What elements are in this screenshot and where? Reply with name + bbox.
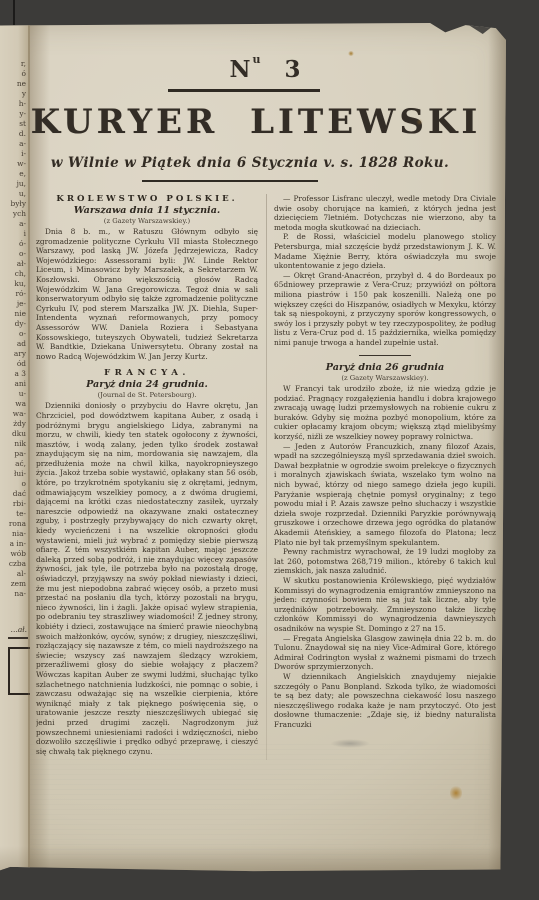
adjacent-page-text-fragment: ne	[0, 79, 26, 89]
adjacent-page-text-fragment: a-	[0, 139, 26, 149]
adjacent-page-text-fragment: st	[0, 119, 26, 129]
article-paragraph: W Francyi tak urodziło zboże, iż nie wie…	[274, 384, 496, 442]
article-paragraph: Dnia 8 b. m., w Ratuszu Głównym odbyło s…	[36, 227, 258, 361]
adjacent-page-text-fragment: u-	[0, 389, 26, 399]
adjacent-page-text-fragment: r,	[0, 59, 26, 69]
adjacent-page-text-fragment: ód	[0, 359, 26, 369]
adjacent-page-text-fragment: o-	[0, 329, 26, 339]
adjacent-page-text-fragment: h-	[0, 99, 26, 109]
article-paragraph: — Fregata Angielska Glasgow zawinęła dni…	[274, 634, 496, 672]
section-source-warszawa: (z Gazety Warszawskiey.)	[36, 217, 258, 225]
adjacent-page-text-fragment: wa	[0, 399, 26, 409]
section-dateline-warszawa: Warszawa dnia 11 stycznia.	[36, 205, 258, 216]
adjacent-page-text-fragment: a in-	[0, 539, 26, 549]
article-paragraph: — Jeden z Autorów Francuzkich, znany fil…	[274, 442, 496, 548]
adjacent-page-text-fragment: ał-	[0, 259, 26, 269]
section-separator-rule	[359, 355, 411, 357]
article-paragraph: Dzienniki doniosły o przybyciu do Havre …	[36, 401, 258, 756]
adjacent-page-text-fragment: łui-	[0, 469, 26, 479]
adjacent-page-text-fragment: ych	[0, 209, 26, 219]
section-heading-poland: KRÓLEWSTWO POLSKIE.	[36, 194, 258, 204]
newspaper-title: KURYER LITEWSKI	[26, 102, 486, 142]
adjacent-page-text-fragment: ó	[0, 69, 26, 79]
adjacent-page-text-fragment: nia-	[0, 529, 26, 539]
adjacent-page-text-fragment: je-	[0, 299, 26, 309]
adjacent-page-text-fragment: ać,	[0, 459, 26, 469]
adjacent-page-rule-fragment	[8, 637, 28, 639]
adjacent-page-text-fragment: wób	[0, 549, 26, 559]
issue-number: Nu 3	[36, 53, 496, 83]
adjacent-page-text-fragment: te-	[0, 509, 26, 519]
adjacent-page-text-fragment: u,	[0, 189, 26, 199]
section-dateline-paris-24: Paryż dnia 24 grudnia.	[36, 379, 258, 390]
printed-area: Nu 3 KURYER LITEWSKI w Wilnie w Piątek d…	[36, 23, 496, 872]
adjacent-page-text-fragment: żdy	[0, 419, 26, 429]
right-column: — Professor Lisfranc uleczył, wedle meto…	[272, 194, 496, 784]
issue-digit: 3	[285, 56, 303, 83]
adjacent-page-text-fragment: pa-	[0, 449, 26, 459]
article-paragraph: P. de Rossi, właściciel modelu planowego…	[274, 232, 496, 270]
adjacent-page-text-fragment: były	[0, 199, 26, 209]
adjacent-page-text-fragment: y-	[0, 109, 26, 119]
adjacent-page-text-fragment: ju,	[0, 179, 26, 189]
adjacent-page-text-fragment: dać	[0, 489, 26, 499]
article-paragraph: — Professor Lisfranc uleczył, wedle meto…	[274, 194, 496, 232]
adjacent-page-text-fragment: o-	[0, 249, 26, 259]
adjacent-page-text-fragment: ch,	[0, 269, 26, 279]
adjacent-page-text-fragment: a 3	[0, 369, 26, 379]
adjacent-page-text-fragment: zem	[0, 579, 26, 589]
adjacent-page-text-fragment: nie	[0, 309, 26, 319]
adjacent-page-text-fragment: o	[0, 479, 26, 489]
issue-prefix: N	[229, 56, 252, 83]
article-paragraph: Pewny rachmistrz wyrachował, że 19 ludzi…	[274, 547, 496, 576]
adjacent-page-frame-fragment	[8, 647, 30, 695]
section-heading-france: FRANCYA.	[36, 368, 258, 378]
adjacent-page-text-fragment: nik	[0, 439, 26, 449]
adjacent-page-text-fragment: ó-	[0, 239, 26, 249]
masthead-dateline: w Wilnie w Piątek dnia 6 Stycznia v. s. …	[20, 155, 480, 171]
adjacent-page-text-fragment: rona	[0, 519, 26, 529]
section-source-paris-26: (z Gazety Warszawskiey).	[274, 374, 496, 382]
adjacent-page-text-fragment: rbi-	[0, 499, 26, 509]
adjacent-page-text-fragment: ani	[0, 379, 26, 389]
adjacent-page-text-fragment: ad	[0, 339, 26, 349]
adjacent-page-italic-fragment: …ał.	[0, 625, 27, 634]
adjacent-page-text-fragment: ku,	[0, 279, 26, 289]
adjacent-page-text-fragment: ró-	[0, 289, 26, 299]
adjacent-page-text-fragment: y	[0, 89, 26, 99]
adjacent-page-text-fragment: a-	[0, 219, 26, 229]
section-source-paris-24: (Journal de St. Petersbourg).	[36, 391, 258, 399]
left-column: KRÓLEWSTWO POLSKIE. Warszawa dnia 11 sty…	[36, 194, 260, 784]
article-paragraph: W skutku postanowienia Królewskiego, pię…	[274, 576, 496, 634]
adjacent-page-text-fragment: d.	[0, 129, 26, 139]
adjacent-page-text-fragment: dy-	[0, 319, 26, 329]
adjacent-page-text-fragment: na-	[0, 589, 26, 599]
adjacent-page-text-fragment: wa-	[0, 409, 26, 419]
adjacent-page-text-fragment: czba	[0, 559, 26, 569]
two-column-text: KRÓLEWSTWO POLSKIE. Warszawa dnia 11 sty…	[36, 194, 496, 784]
article-paragraph: W dziennikach Angielskich znaydujemy nie…	[274, 672, 496, 730]
news-items: — Professor Lisfranc uleczył, wedle meto…	[274, 194, 496, 348]
rule-under-dateline	[142, 180, 318, 182]
adjacent-page-text-fragment: al-	[0, 569, 26, 579]
adjacent-page-strip: r,óneyh-y-std.a-i-w-e,ju,u,byłyycha-ió-o…	[0, 23, 30, 872]
masthead: Nu 3 KURYER LITEWSKI w Wilnie w Piątek d…	[36, 23, 496, 182]
adjacent-page-text-fragment: dku	[0, 429, 26, 439]
binding-gutter-line	[13, 0, 15, 25]
article-paragraph: — Okręt Grand-Anacréon, przybył d. 4 do …	[274, 271, 496, 348]
newspaper-scan: r,óneyh-y-std.a-i-w-e,ju,u,byłyycha-ió-o…	[0, 0, 539, 900]
newspaper-page: r,óneyh-y-std.a-i-w-e,ju,u,byłyycha-ió-o…	[0, 23, 506, 872]
section-dateline-paris-26: Paryż dnia 26 grudnia	[274, 362, 496, 373]
adjacent-page-text-fragment: ary	[0, 349, 26, 359]
paris-section-paragraphs: W Francyi tak urodziło zboże, iż nie wie…	[274, 384, 496, 729]
rule-under-issue	[168, 89, 320, 92]
adjacent-page-text-fragment: i	[0, 229, 26, 239]
issue-superscript: u	[253, 53, 263, 66]
